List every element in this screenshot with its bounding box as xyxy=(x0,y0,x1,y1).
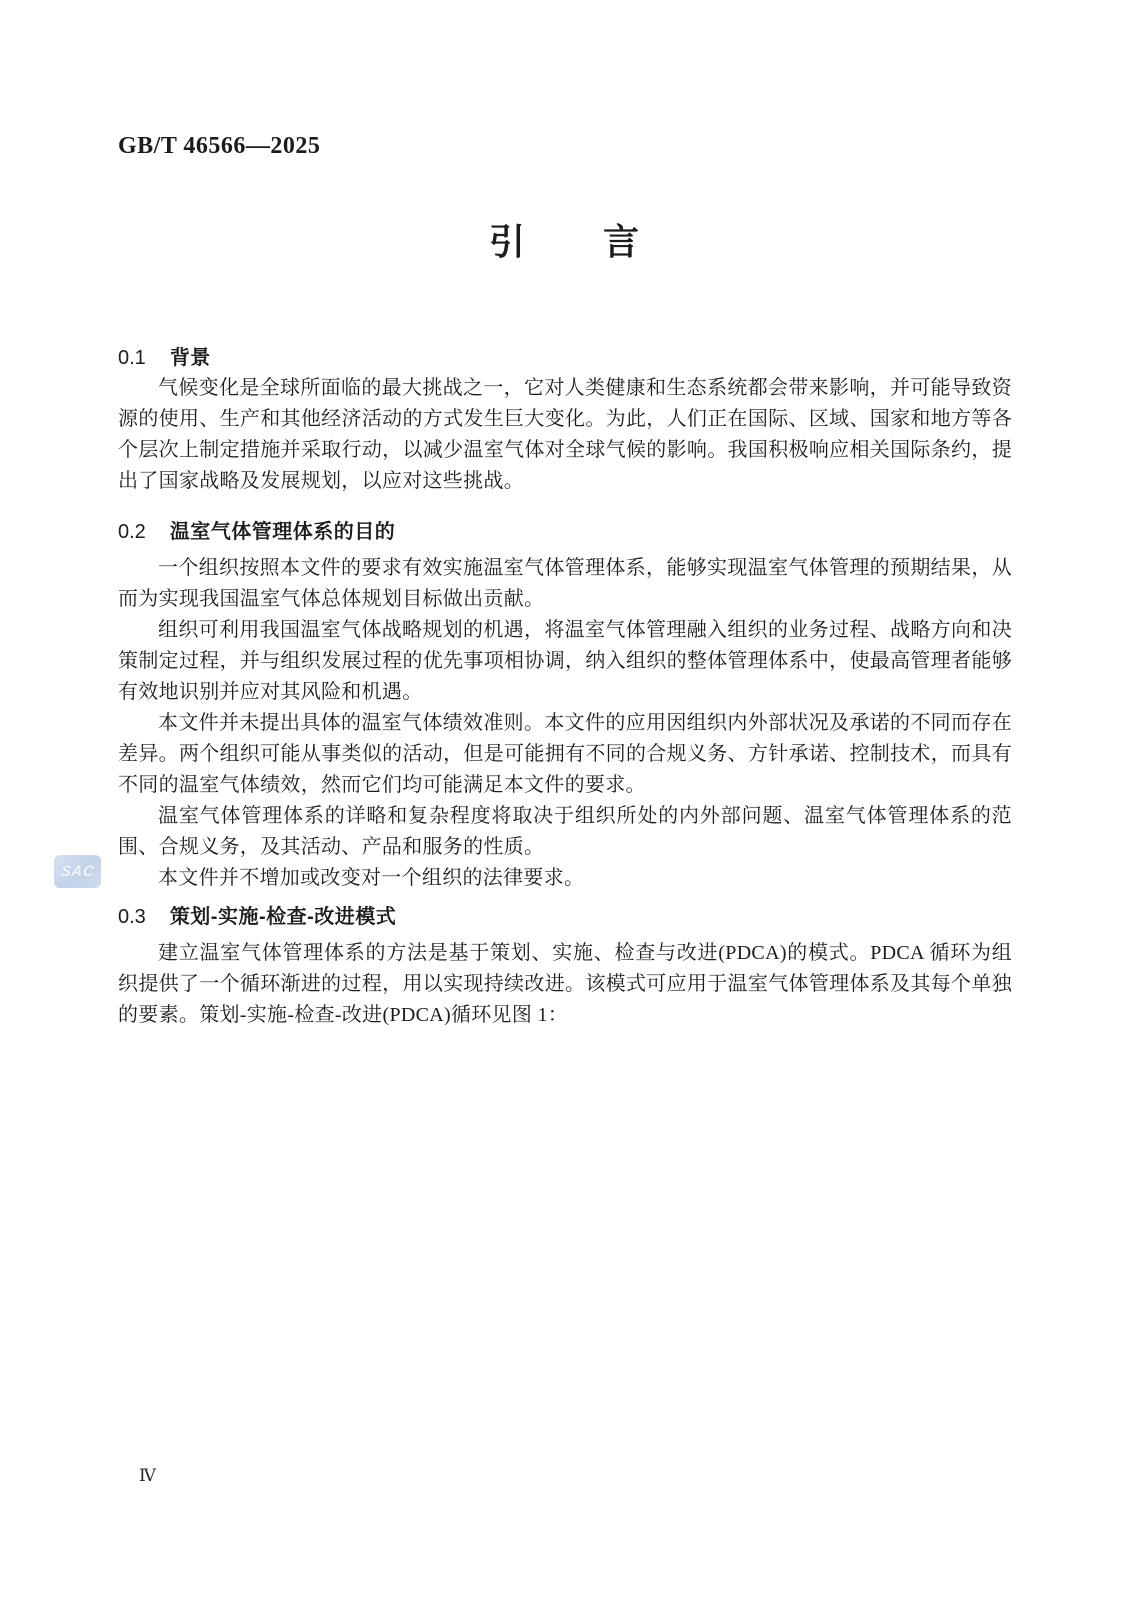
paragraph: 组织可利用我国温室气体战略规划的机遇，将温室气体管理融入组织的业务过程、战略方向… xyxy=(118,615,1012,708)
sac-watermark: SAC xyxy=(54,855,101,888)
section-number: 0.2 xyxy=(118,517,146,547)
section-heading-text: 背景 xyxy=(170,347,211,369)
paragraph: 建立温室气体管理体系的方法是基于策划、实施、检查与改进(PDCA)的模式。PDC… xyxy=(118,938,1012,1031)
page-title: 引 言 xyxy=(118,219,1012,265)
section-heading-text: 策划-实施-检查-改进模式 xyxy=(170,906,396,928)
document-page: SAC GB/T 46566—2025 引 言 0.1背景 气候变化是全球所面临… xyxy=(0,0,1131,1600)
section-0-1: 0.1背景 气候变化是全球所面临的最大挑战之一，它对人类健康和生态系统都会带来影… xyxy=(118,343,1012,497)
paragraph: 本文件并不增加或改变对一个组织的法律要求。 xyxy=(118,863,1012,894)
section-heading-0-2: 0.2温室气体管理体系的目的 xyxy=(118,517,1012,547)
page-number: Ⅳ xyxy=(139,1465,156,1487)
section-heading-0-3: 0.3策划-实施-检查-改进模式 xyxy=(118,902,1012,932)
paragraph: 一个组织按照本文件的要求有效实施温室气体管理体系，能够实现温室气体管理的预期结果… xyxy=(118,553,1012,615)
paragraph: 气候变化是全球所面临的最大挑战之一，它对人类健康和生态系统都会带来影响，并可能导… xyxy=(118,373,1012,497)
paragraph: 温室气体管理体系的详略和复杂程度将取决于组织所处的内外部问题、温室气体管理体系的… xyxy=(118,801,1012,863)
section-number: 0.3 xyxy=(118,902,146,932)
page-content: GB/T 46566—2025 引 言 0.1背景 气候变化是全球所面临的最大挑… xyxy=(0,0,1131,1031)
section-0-3: 0.3策划-实施-检查-改进模式 建立温室气体管理体系的方法是基于策划、实施、检… xyxy=(118,902,1012,1031)
section-0-2: 0.2温室气体管理体系的目的 一个组织按照本文件的要求有效实施温室气体管理体系，… xyxy=(118,517,1012,894)
section-number: 0.1 xyxy=(118,343,146,373)
section-heading-0-1: 0.1背景 xyxy=(118,343,1012,373)
section-heading-text: 温室气体管理体系的目的 xyxy=(170,521,396,543)
standard-number: GB/T 46566—2025 xyxy=(118,0,1012,161)
sac-watermark-text: SAC xyxy=(60,863,96,880)
paragraph: 本文件并未提出具体的温室气体绩效准则。本文件的应用因组织内外部状况及承诺的不同而… xyxy=(118,708,1012,801)
